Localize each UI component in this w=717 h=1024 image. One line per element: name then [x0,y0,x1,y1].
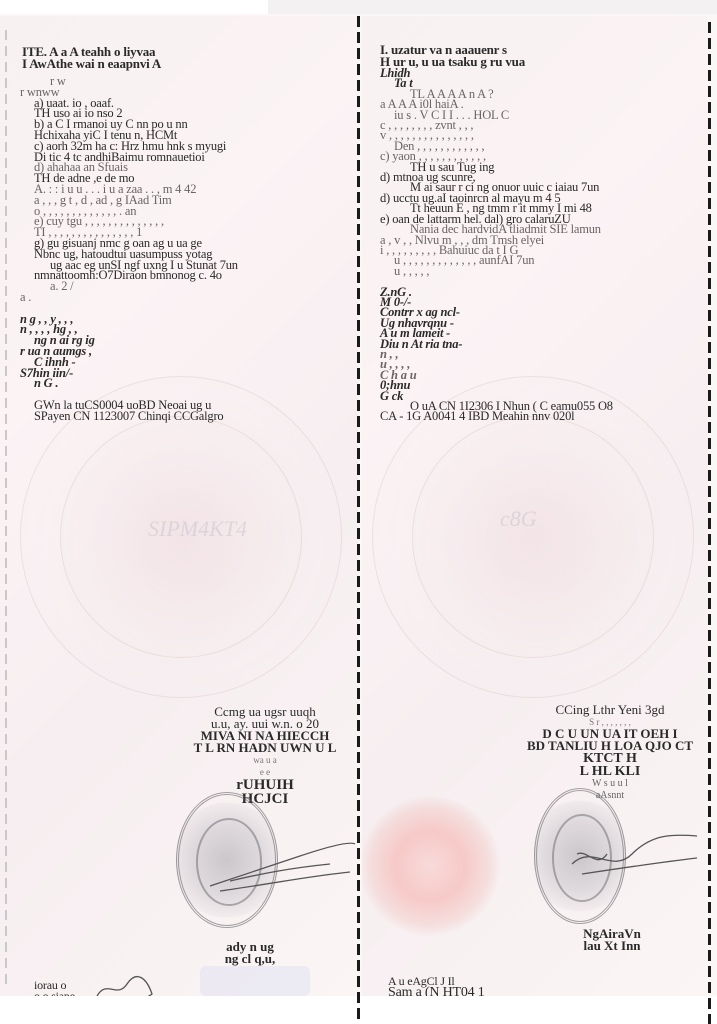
body-line: a . [20,292,238,303]
handwritten-signature [200,836,358,896]
left-page-body: r wr wnwwa) uaat. io , oaaf.TH uso ai io… [20,76,238,422]
body-line: n G . [20,378,238,389]
sign-line: aAsnnt [512,790,708,802]
guilloche-rosette-inner [412,416,654,658]
right-signer-name: NgAiraVn lau Xt Inn [562,928,662,952]
signer-name-line: lau Xt Inn [562,940,662,952]
right-edge-line [708,22,711,1024]
sign-line: W s u u l [512,778,708,790]
left-signer-name: ady n ug ng cl q,u, [190,941,310,965]
body-line: a. 2 / [20,281,238,292]
sign-line: CCing Lthr Yeni 3gd [512,704,708,716]
body-line: Lhidh [380,68,613,78]
right-page: I. uzatur va n aaauenr s H ur u, u ua ts… [362,16,708,996]
footer-line: Sam a (N HT04 1 [388,987,485,996]
initials-signature [92,974,162,996]
handwritten-signature [562,824,702,884]
body-line: Z.nG . [380,287,613,297]
scan-top-margin-right [268,0,717,14]
scanned-document: ITE. A a A teahh o liyvaa I AwAthe wai n… [0,0,717,1024]
body-line: u , , , , , [380,266,613,276]
watermark-text: SIPM4KT4 [148,516,247,542]
blue-ink-wash [200,966,310,996]
right-page-heading: I. uzatur va n aaauenr s H ur u, u ua ts… [380,44,525,67]
body-line: SPayen CN 1123007 Chinqi CCGalgro [20,411,238,422]
heading-line: I AwAthe wai n eaapnvi A [22,58,161,70]
sign-line: wa u a [170,754,358,766]
left-edge-perforation [5,30,7,990]
signer-name-line: ng cl q,u, [190,953,310,965]
body-line: C h a u [380,370,613,380]
left-footer-note: iorau o o o siape [34,980,75,996]
left-page: ITE. A a A teahh o liyvaa I AwAthe wai n… [0,16,358,996]
sign-line: L HL KLI [512,765,708,778]
center-fold-line [357,16,360,1024]
sign-line: T L RN HADN UWN U L [170,742,358,754]
left-page-heading: ITE. A a A teahh o liyvaa I AwAthe wai n… [22,46,161,69]
left-signature-block: Ccmg ua ugsr uuqh u.u, ay. uui w.n. o 20… [170,706,358,806]
right-page-body: LhidhTa tTL A A A A n A ?a A A A i0l hai… [380,68,613,422]
right-footer-note: A u eAgCl J Il Sam a (N HT04 1 [388,976,485,996]
red-seal [362,796,500,936]
watermark-logo: c8G [500,506,537,532]
sign-line: rUHUIH [170,778,358,792]
body-line: Diu n At ria tna- [380,339,613,349]
right-signature-block: CCing Lthr Yeni 3gd S r , , , , , , , D … [512,704,708,802]
